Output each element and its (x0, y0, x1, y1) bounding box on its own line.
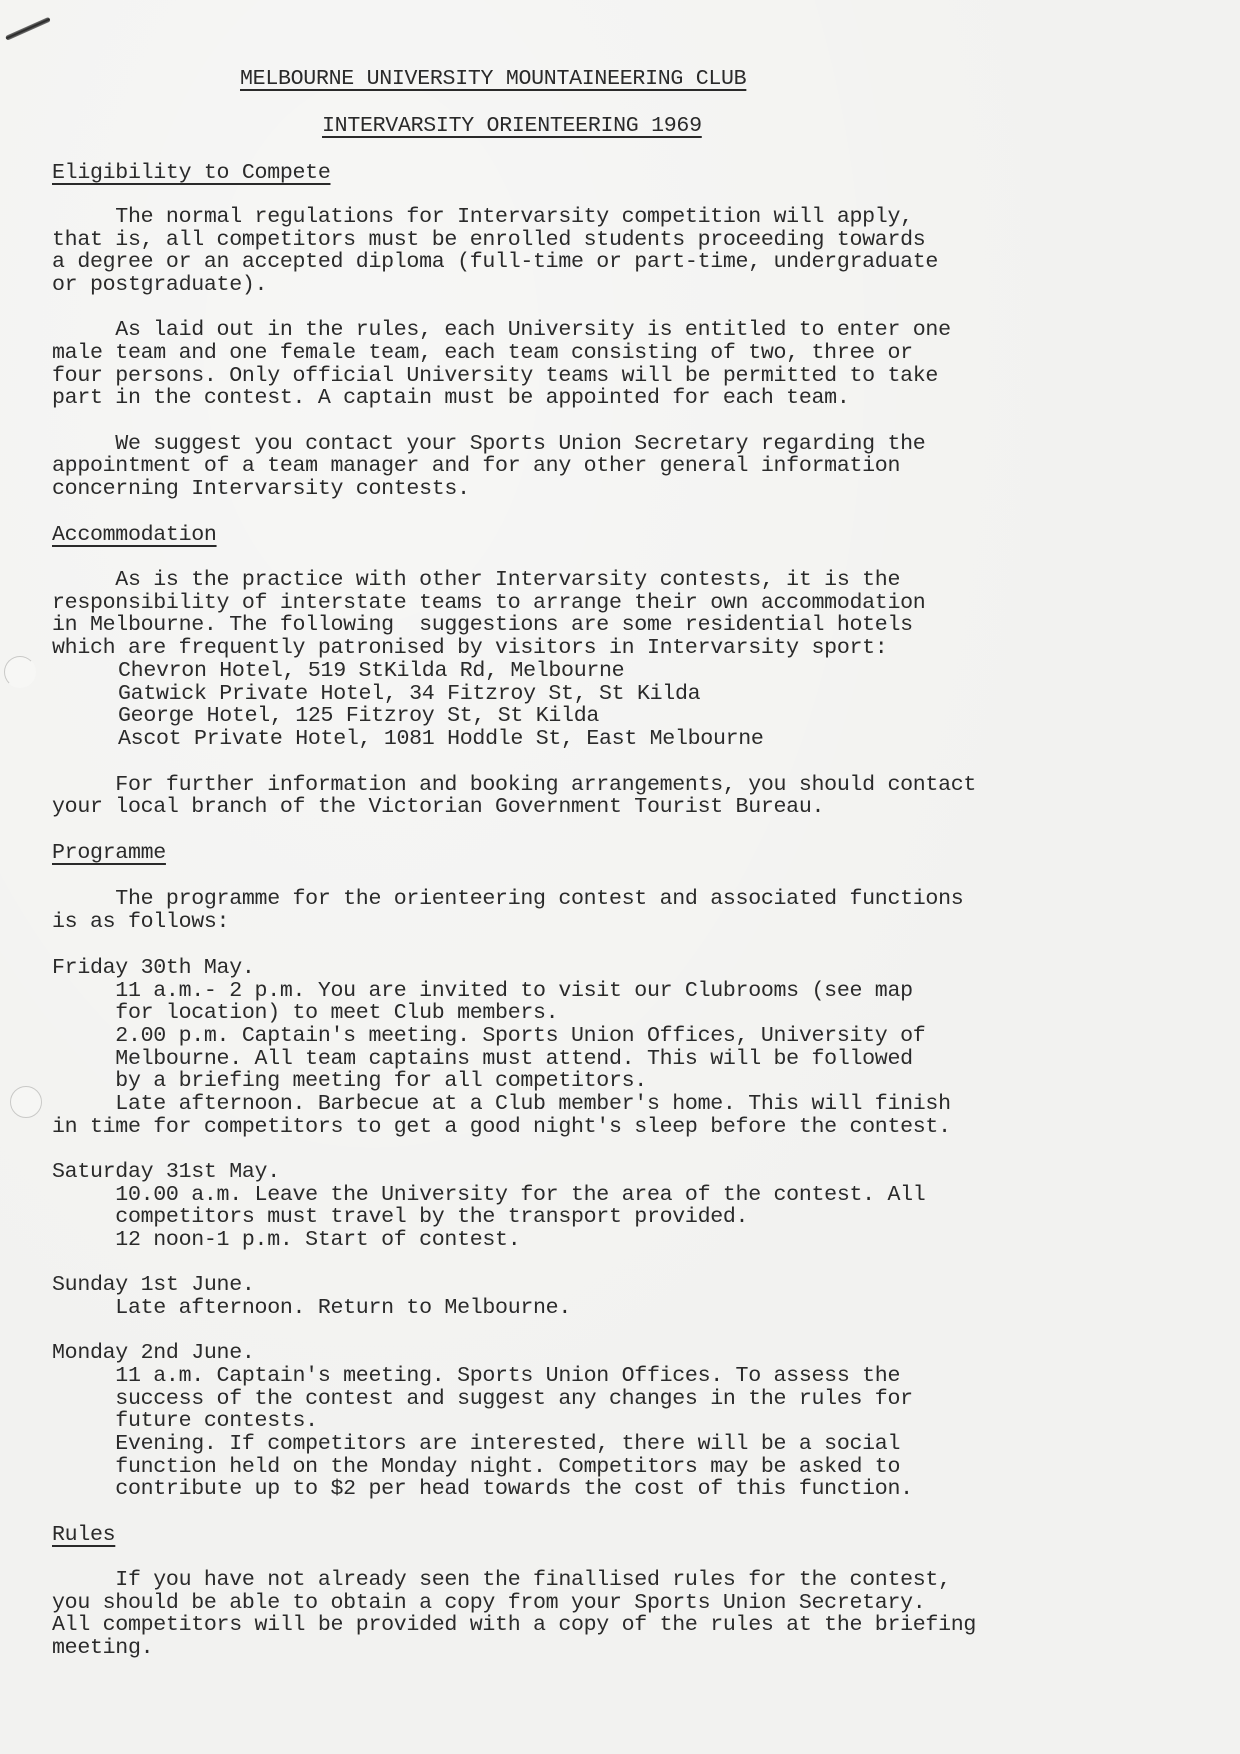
eligibility-line: The normal regulations for Intervarsity … (52, 206, 913, 228)
accommodation-closing-line: For further information and booking arra… (52, 774, 976, 796)
accommodation-line: responsibility of interstate teams to ar… (52, 592, 925, 614)
programme-line: function held on the Monday night. Compe… (52, 1456, 900, 1478)
accommodation-line: As is the practice with other Intervarsi… (52, 569, 900, 591)
programme-intro-line: The programme for the orienteering conte… (52, 888, 963, 910)
programme-line: success of the contest and suggest any c… (52, 1388, 913, 1410)
eligibility-line: part in the contest. A captain must be a… (52, 387, 849, 409)
programme-line: Evening. If competitors are interested, … (52, 1433, 900, 1455)
eligibility-line: a degree or an accepted diploma (full-ti… (52, 251, 938, 273)
eligibility-line: four persons. Only official University t… (52, 365, 938, 387)
rules-line: meeting. (52, 1637, 153, 1659)
programme-line: 2.00 p.m. Captain's meeting. Sports Unio… (52, 1025, 925, 1047)
punch-hole-mark (10, 1086, 42, 1118)
programme-day-friday: Friday 30th May. (52, 957, 255, 979)
programme-line: in time for competitors to get a good ni… (52, 1116, 951, 1138)
programme-line: by a briefing meeting for all competitor… (52, 1070, 647, 1092)
organisation-title: MELBOURNE UNIVERSITY MOUNTAINEERING CLUB (240, 68, 746, 90)
rules-line: you should be able to obtain a copy from… (52, 1592, 925, 1614)
programme-line: 12 noon-1 p.m. Start of contest. (52, 1229, 520, 1251)
programme-line: future contests. (52, 1410, 318, 1432)
eligibility-line: As laid out in the rules, each Universit… (52, 319, 951, 341)
typed-document-page: MELBOURNE UNIVERSITY MOUNTAINEERING CLUB… (0, 0, 1240, 1754)
eligibility-line: concerning Intervarsity contests. (52, 478, 470, 500)
programme-line: 11 a.m. Captain's meeting. Sports Union … (52, 1365, 900, 1387)
eligibility-line: male team and one female team, each team… (52, 342, 913, 364)
programme-line: 11 a.m.- 2 p.m. You are invited to visit… (52, 980, 913, 1002)
rules-line: All competitors will be provided with a … (52, 1614, 976, 1636)
hotel-list-item: Ascot Private Hotel, 1081 Hoddle St, Eas… (118, 728, 764, 750)
programme-day-saturday: Saturday 31st May. (52, 1161, 280, 1183)
hotel-list-item: George Hotel, 125 Fitzroy St, St Kilda (118, 705, 599, 727)
accommodation-closing-line: your local branch of the Victorian Gover… (52, 796, 824, 818)
programme-line: competitors must travel by the transport… (52, 1206, 748, 1228)
programme-line: for location) to meet Club members. (52, 1002, 558, 1024)
hotel-list-item: Chevron Hotel, 519 StKilda Rd, Melbourne (118, 660, 624, 682)
eligibility-line: or postgraduate). (52, 274, 267, 296)
heading-rules: Rules (52, 1524, 115, 1546)
punch-hole-mark (4, 656, 36, 688)
rules-line: If you have not already seen the finalli… (52, 1569, 951, 1591)
programme-line: contribute up to $2 per head towards the… (52, 1478, 913, 1500)
heading-programme: Programme (52, 842, 166, 864)
programme-line: Late afternoon. Return to Melbourne. (52, 1297, 571, 1319)
programme-intro-line: is as follows: (52, 911, 229, 933)
event-title: INTERVARSITY ORIENTEERING 1969 (322, 115, 702, 137)
programme-day-monday: Monday 2nd June. (52, 1342, 255, 1364)
eligibility-line: that is, all competitors must be enrolle… (52, 229, 925, 251)
heading-eligibility: Eligibility to Compete (52, 162, 330, 184)
staple-mark (5, 17, 51, 41)
programme-line: Late afternoon. Barbecue at a Club membe… (52, 1093, 951, 1115)
accommodation-line: in Melbourne. The following suggestions … (52, 614, 913, 636)
hotel-list-item: Gatwick Private Hotel, 34 Fitzroy St, St… (118, 683, 700, 705)
heading-accommodation: Accommodation (52, 524, 217, 546)
programme-day-sunday: Sunday 1st June. (52, 1274, 255, 1296)
accommodation-line: which are frequently patronised by visit… (52, 637, 887, 659)
eligibility-line: We suggest you contact your Sports Union… (52, 433, 925, 455)
programme-line: 10.00 a.m. Leave the University for the … (52, 1184, 925, 1206)
programme-line: Melbourne. All team captains must attend… (52, 1048, 913, 1070)
eligibility-line: appointment of a team manager and for an… (52, 455, 900, 477)
